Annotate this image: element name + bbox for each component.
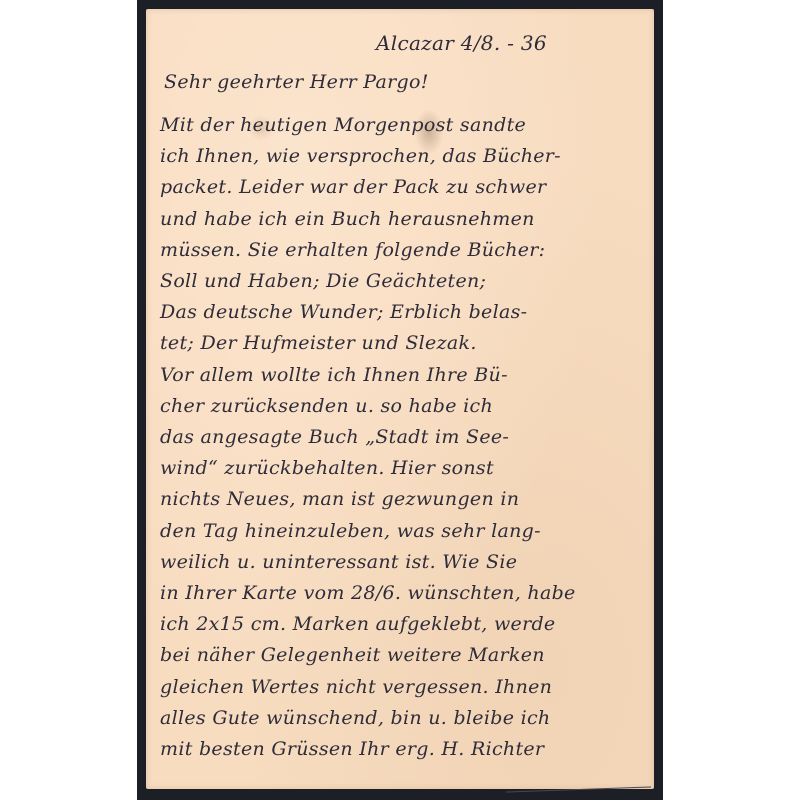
signature-underline	[506, 786, 651, 792]
letter-line: mit besten Grüssen Ihr erg. H. Richter	[160, 738, 644, 760]
letter-line: ich Ihnen, wie versprochen, das Bücher-	[160, 145, 644, 167]
letter-line: tet; Der Hufmeister und Slezak.	[160, 332, 644, 354]
letter-line: Das deutsche Wunder; Erblich belas-	[160, 301, 644, 323]
letter-line: in Ihrer Karte vom 28/6. wünschten, habe	[160, 582, 644, 604]
letter-line: wind“ zurückbehalten. Hier sonst	[160, 457, 644, 479]
letter-line: Vor allem wollte ich Ihnen Ihre Bü-	[160, 364, 644, 386]
letter-line: Soll und Haben; Die Geächteten;	[160, 270, 644, 292]
letter-line: ich 2x15 cm. Marken aufgeklebt, werde	[160, 613, 644, 635]
scan-background: Alcazar 4/8. - 36 Sehr geehrter Herr Par…	[137, 0, 663, 800]
letter-line: nichts Neues, man ist gezwungen in	[160, 488, 644, 510]
letter-line: weilich u. uninteressant ist. Wie Sie	[160, 551, 644, 573]
letter-line: und habe ich ein Buch herausnehmen	[160, 208, 644, 230]
salutation: Sehr geehrter Herr Pargo!	[164, 71, 644, 93]
letter-line: cher zurücksenden u. so habe ich	[160, 395, 644, 417]
postcard: Alcazar 4/8. - 36 Sehr geehrter Herr Par…	[146, 9, 654, 789]
letter-line: müssen. Sie erhalten folgende Bücher:	[160, 239, 644, 261]
letter-line: Mit der heutigen Morgenpost sandte	[160, 114, 644, 136]
letter-line: alles Gute wünschend, bin u. bleibe ich	[160, 707, 644, 729]
letter-line: bei näher Gelegenheit weitere Marken	[160, 644, 644, 666]
date-line: Alcazar 4/8. - 36	[376, 31, 644, 55]
letter-line: gleichen Wertes nicht vergessen. Ihnen	[160, 676, 644, 698]
letter-line: das angesagte Buch „Stadt im See-	[160, 426, 644, 448]
letter-line: den Tag hineinzuleben, was sehr lang-	[160, 520, 644, 542]
letter-line: packet. Leider war der Pack zu schwer	[160, 176, 644, 198]
